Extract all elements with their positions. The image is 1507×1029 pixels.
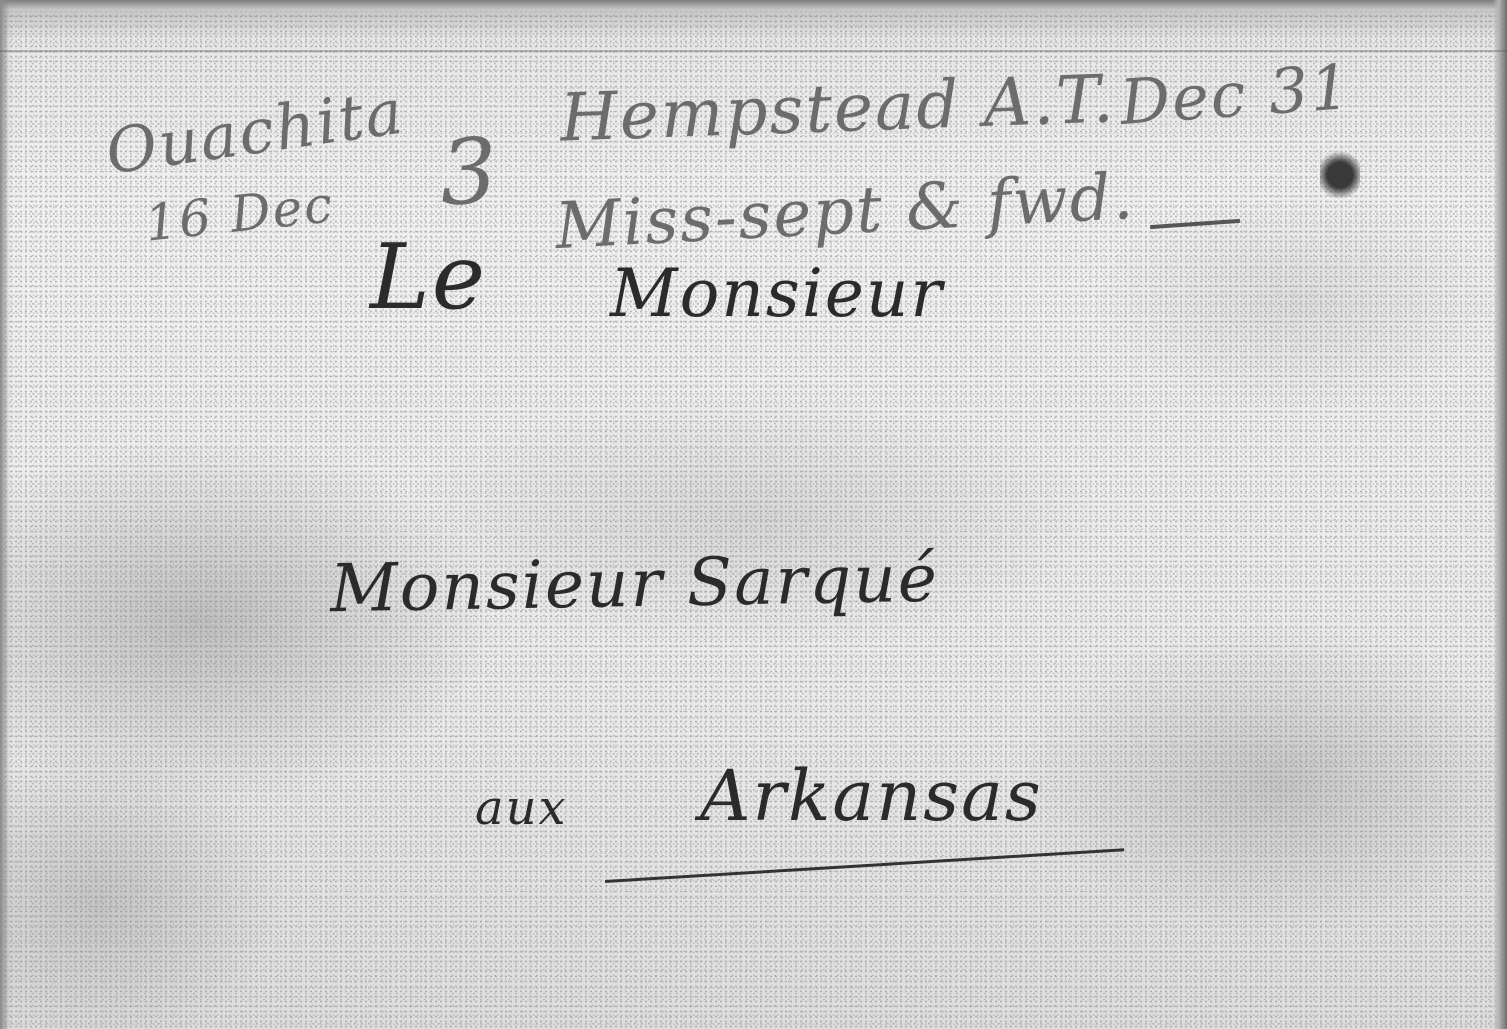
paper-edge-left bbox=[0, 0, 10, 1029]
salutation-prefix: Le bbox=[370, 225, 487, 330]
destination-prefix: aux bbox=[475, 780, 568, 836]
destination: Arkansas bbox=[700, 755, 1043, 837]
ink-blot bbox=[1320, 150, 1360, 200]
paper-edge-top bbox=[0, 0, 1507, 14]
salutation: Monsieur bbox=[610, 255, 944, 332]
addressee-name: Monsieur Sarqué bbox=[329, 540, 939, 628]
fold-line bbox=[0, 50, 1507, 52]
paper-edge-right bbox=[1493, 0, 1507, 1029]
rate-mark: 3 bbox=[437, 119, 502, 227]
letter-cover: Ouachita 16 Dec 3 Hempstead A.T. Dec 31 … bbox=[0, 0, 1507, 1029]
